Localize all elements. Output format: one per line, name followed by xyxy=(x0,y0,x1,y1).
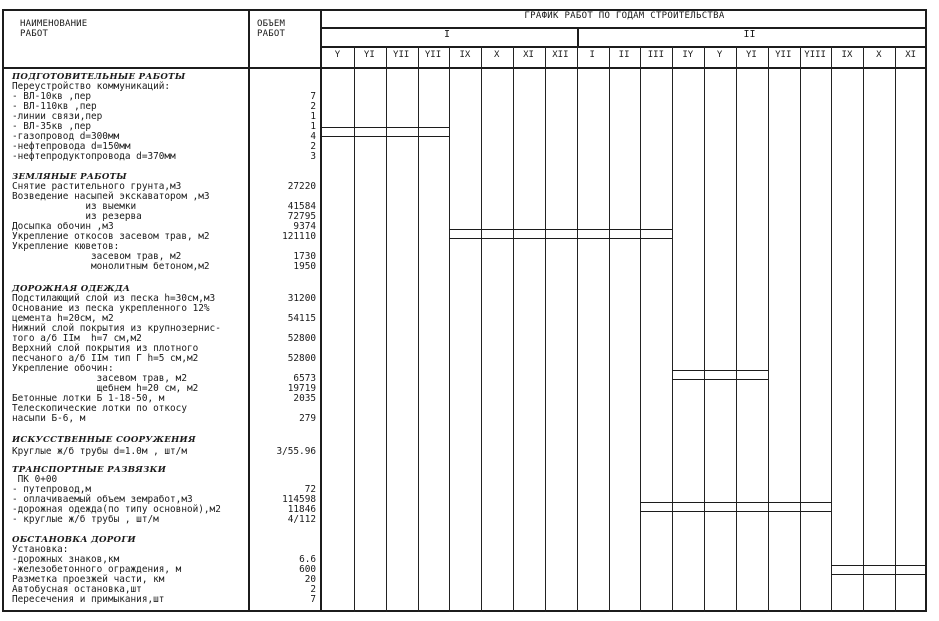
work-item-volume: 20 xyxy=(248,575,316,585)
month-label: IX xyxy=(449,50,480,60)
month-label: YI xyxy=(736,50,767,60)
section-heading: ИСКУССТВЕННЫЕ СООРУЖЕНИЯ xyxy=(12,435,196,445)
work-item-volume: 7 xyxy=(248,92,316,102)
work-item-volume: 2 xyxy=(248,585,316,595)
work-item-volume: 54115 xyxy=(248,314,316,324)
month-label: YII xyxy=(418,50,449,60)
work-item-volume: 2 xyxy=(248,102,316,112)
gantt-bar xyxy=(640,502,831,512)
work-item-volume: 1 xyxy=(248,122,316,132)
year-label-2: II xyxy=(572,29,927,40)
schedule-title: ГРАФИК РАБОТ ПО ГОДАМ СТРОИТЕЛЬСТВА xyxy=(322,11,927,21)
month-gridline xyxy=(640,46,641,612)
work-item-name: монолитным бетоном,м2 xyxy=(12,262,210,272)
month-gridline xyxy=(577,46,578,612)
month-gridline xyxy=(481,46,482,612)
month-label: YI xyxy=(354,50,385,60)
month-gridline xyxy=(863,46,864,612)
month-label: X xyxy=(481,50,512,60)
month-label: XI xyxy=(895,50,926,60)
work-item-name: Круглые ж/б трубы d=1.0м , шт/м xyxy=(12,447,187,457)
work-item-name: -нефтепродуктопровода d=370мм xyxy=(12,152,176,162)
work-item-volume: 52800 xyxy=(248,334,316,344)
month-label: Y xyxy=(322,50,353,60)
year-divider xyxy=(320,46,927,48)
month-label: I xyxy=(577,50,608,60)
month-gridline xyxy=(672,46,673,612)
gantt-bar xyxy=(322,127,449,137)
work-item-volume: 1950 xyxy=(248,262,316,272)
month-gridline xyxy=(831,46,832,612)
month-gridline xyxy=(513,46,514,612)
chart-column-divider xyxy=(320,9,322,612)
work-item-volume: 121110 xyxy=(248,232,316,242)
month-label: Y xyxy=(704,50,735,60)
volume-column-header: ОБЪЕМ РАБОТ xyxy=(257,19,285,39)
work-item-volume: 7 xyxy=(248,595,316,605)
month-label: III xyxy=(640,50,671,60)
work-item-name: - круглые ж/б трубы , шт/м xyxy=(12,515,159,525)
month-label: YII xyxy=(768,50,799,60)
month-gridline xyxy=(800,46,801,612)
gantt-bar xyxy=(672,370,768,380)
month-gridline xyxy=(736,46,737,612)
work-item-volume: 4 xyxy=(248,132,316,142)
month-gridline xyxy=(609,46,610,612)
month-gridline xyxy=(768,46,769,612)
work-item-volume: 4/112 xyxy=(248,515,316,525)
month-label: II xyxy=(609,50,640,60)
work-item-name: Пересечения и примыкания,шт xyxy=(12,595,164,605)
month-label: YIII xyxy=(800,50,831,60)
month-label: X xyxy=(863,50,894,60)
title-divider xyxy=(320,27,927,29)
work-item-volume: 52800 xyxy=(248,354,316,364)
month-label: IX xyxy=(831,50,862,60)
gantt-bar xyxy=(831,565,927,575)
year-label-1: I xyxy=(322,29,572,40)
month-gridline xyxy=(545,46,546,612)
work-item-volume: 1 xyxy=(248,112,316,122)
name-column-header: НАИМЕНОВАНИЕ РАБОТ xyxy=(20,19,87,39)
month-label: XII xyxy=(545,50,576,60)
work-item-volume: 2035 xyxy=(248,394,316,404)
work-item-name: насыпи Б-6, м xyxy=(12,414,85,424)
work-item-volume: 3 xyxy=(248,152,316,162)
work-item-volume: 2 xyxy=(248,142,316,152)
work-item-volume: 3/55.96 xyxy=(248,447,316,457)
gantt-bar xyxy=(449,229,672,239)
work-item-volume: 27220 xyxy=(248,182,316,192)
month-gridline xyxy=(449,46,450,612)
work-item-volume: 279 xyxy=(248,414,316,424)
month-label: IY xyxy=(672,50,703,60)
header-bottom-line xyxy=(2,67,927,69)
year-separator xyxy=(577,27,579,46)
work-item-volume: 31200 xyxy=(248,294,316,304)
month-gridline xyxy=(704,46,705,612)
month-label: YII xyxy=(386,50,417,60)
month-gridline xyxy=(895,46,896,612)
month-label: XI xyxy=(513,50,544,60)
